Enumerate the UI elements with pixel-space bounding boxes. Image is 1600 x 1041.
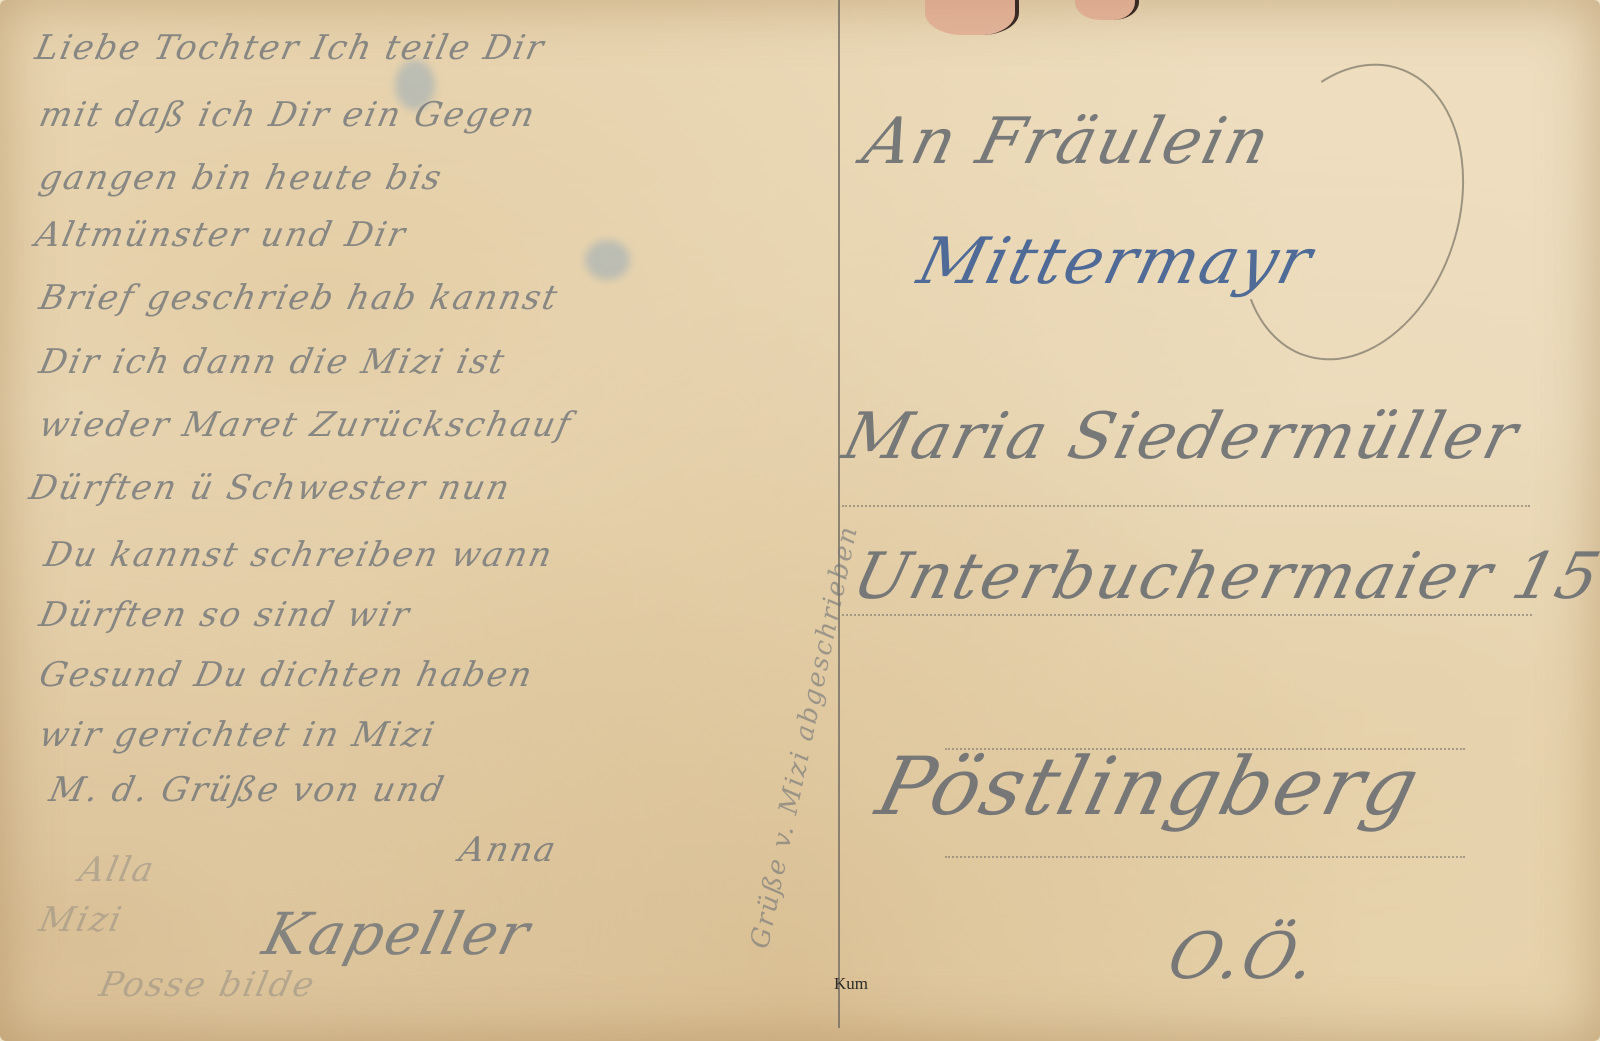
message-line: Gesund Du dichten haben — [36, 655, 538, 695]
ink-blot — [585, 240, 630, 280]
stamp-residue — [1075, 0, 1139, 20]
message-line: gangen bin heute bis — [36, 158, 447, 198]
message-line: M. d. Grüße von und — [46, 770, 449, 810]
message-line: Du kannst schreiben wann — [41, 535, 557, 575]
address-name: Maria Siedermüller — [836, 400, 1527, 474]
postmark-circle — [1203, 34, 1500, 389]
message-line: wir gerichtet in Mizi — [36, 715, 440, 755]
address-region: O.Ö. — [1161, 920, 1326, 994]
printer-mark: Kum — [834, 974, 868, 994]
postcard-back: Liebe Tochter Ich teile Dir mit daß ich … — [0, 0, 1600, 1041]
message-line: mit daß ich Dir ein Gegen — [36, 95, 540, 135]
message-line: Dir ich dann die Mizi ist — [36, 342, 510, 382]
faint-note: Alla — [76, 850, 159, 890]
message-line: wieder Maret Zurückschauf — [36, 405, 576, 445]
message-line: Brief geschrieb hab kannst — [36, 278, 563, 318]
message-line: Dürften ü Schwester nun — [26, 468, 515, 508]
address-town: Pöstlingberg — [868, 740, 1429, 833]
address-line — [945, 856, 1465, 858]
vertical-note: Grüße v. Mizi abgeschrieben — [745, 522, 864, 951]
stamp-residue — [925, 0, 1019, 35]
faint-note: Posse bilde — [96, 965, 320, 1005]
address-salutation: An Fräulein — [856, 105, 1279, 179]
address-line — [842, 505, 1530, 507]
address-street: Unterbuchermaier 15. — [846, 540, 1600, 614]
divider-line — [838, 0, 840, 1028]
address-line — [842, 614, 1532, 616]
message-line: Dürften so sind wir — [36, 595, 415, 635]
message-line: Liebe Tochter Ich teile Dir — [32, 28, 549, 68]
message-line: Anna — [456, 830, 561, 870]
address-surname: Mittermayr — [911, 225, 1321, 299]
signature: Kapeller — [257, 900, 538, 968]
message-line: Altmünster und Dir — [32, 215, 411, 255]
faint-note: Mizi — [36, 900, 127, 940]
